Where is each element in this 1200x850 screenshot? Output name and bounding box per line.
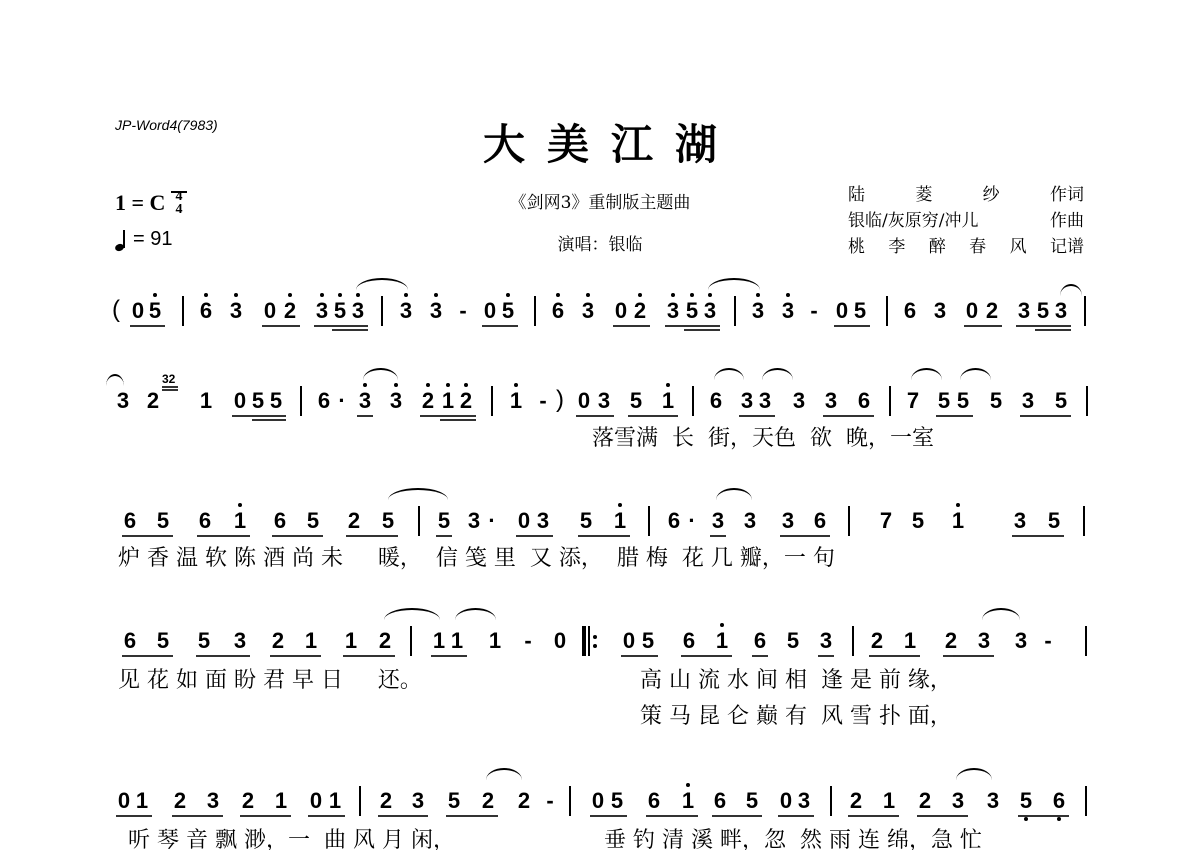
barline (1083, 506, 1085, 536)
underline-beam (848, 815, 899, 817)
note: 2 (346, 510, 362, 532)
slur (911, 368, 942, 380)
note: 0 (482, 300, 498, 322)
paren-close: ) (556, 386, 564, 414)
lyric-line: 听 琴 音 飘 渺，一 曲 风 月 闲， (128, 830, 455, 850)
note: 2 (240, 790, 256, 812)
slur (486, 768, 522, 780)
note: 5 (852, 300, 868, 322)
underline-beam (752, 655, 768, 657)
note: 3 (410, 790, 426, 812)
note: 2 (420, 390, 436, 412)
note: 0 (308, 790, 324, 812)
composer-credit: 银临/灰原穷/冲儿作曲 (848, 208, 1084, 234)
barline (534, 296, 536, 326)
note: 0 (834, 300, 850, 322)
note: 1 (902, 630, 918, 652)
note: 5 (380, 510, 396, 532)
note: 3 (1053, 300, 1069, 322)
note: 0 (516, 510, 532, 532)
note: 6 (122, 510, 138, 532)
note: 1 (134, 790, 150, 812)
extension-dash: - (1040, 630, 1056, 652)
underline-beam (823, 415, 874, 417)
underline-beam (332, 329, 368, 331)
barline (852, 626, 854, 656)
underline-beam (270, 655, 321, 657)
note: 3 (742, 510, 758, 532)
note: 1 (327, 790, 343, 812)
note: 1 (950, 510, 966, 532)
underline-beam (710, 535, 726, 537)
note: 1 (680, 790, 696, 812)
barline (1085, 786, 1087, 816)
note: 1 (881, 790, 897, 812)
note: 2 (378, 790, 394, 812)
underline-beam (917, 815, 968, 817)
barline (491, 386, 493, 416)
note: 3 (823, 390, 839, 412)
note: 3 (388, 390, 404, 412)
note: 5 (640, 630, 656, 652)
note: 1 (660, 390, 676, 412)
note: 0 (130, 300, 146, 322)
note: 0 (232, 390, 248, 412)
note: 2 (377, 630, 393, 652)
note: 5 (500, 300, 516, 322)
song-title: 大美江湖 (0, 112, 1200, 172)
note: 1 (449, 630, 465, 652)
note: 5 (988, 390, 1004, 412)
underline-beam (1035, 329, 1071, 331)
underline-beam (516, 535, 553, 537)
note: 3 (976, 630, 992, 652)
credits-block: 陆菱纱作词 银临/灰原穷/冲儿作曲 桃李醉春风记谱 (848, 182, 1084, 260)
note: 1 (508, 390, 524, 412)
note: 3 (398, 300, 414, 322)
note: 5 (436, 510, 452, 532)
note: 5 (684, 300, 700, 322)
note: 2 (145, 390, 161, 412)
note: 5 (1046, 510, 1062, 532)
slur (956, 768, 992, 780)
note: 5 (147, 300, 163, 322)
underline-beam (739, 415, 775, 417)
slur (384, 608, 440, 620)
barline (1086, 386, 1088, 416)
extension-dash: - (520, 630, 536, 652)
transcriber-credit: 桃李醉春风记谱 (848, 234, 1084, 260)
note: 6 (198, 300, 214, 322)
note: 0 (576, 390, 592, 412)
note: 6 (812, 510, 828, 532)
note: 3 (232, 630, 248, 652)
note: 1 (303, 630, 319, 652)
note: 3 (357, 390, 373, 412)
note: 2 (984, 300, 1000, 322)
barline (848, 506, 850, 536)
underline-beam (576, 415, 614, 417)
note: 3 (665, 300, 681, 322)
barline (410, 626, 412, 656)
slur (716, 488, 752, 500)
underline-beam (943, 655, 994, 657)
underline-beam (252, 419, 286, 421)
note: 3 (228, 300, 244, 322)
note: 5 (155, 510, 171, 532)
slur (1060, 284, 1082, 296)
underline-beam (684, 329, 720, 331)
note: 3 (350, 300, 366, 322)
underline-beam (778, 815, 814, 817)
note: 6 (197, 510, 213, 532)
note: 6 (316, 390, 332, 412)
note: 3 (702, 300, 718, 322)
note: 3 (115, 390, 131, 412)
note: 5 (155, 630, 171, 652)
underline-beam (378, 815, 428, 817)
note: 5 (628, 390, 644, 412)
note: 1 (487, 630, 503, 652)
note: 6 (856, 390, 872, 412)
note: 6 (681, 630, 697, 652)
slur (388, 488, 448, 500)
note: 3 (314, 300, 330, 322)
barline (734, 296, 736, 326)
grace-notes: 32 (162, 372, 175, 386)
tempo-marking: = 91 (115, 228, 172, 251)
barline (886, 296, 888, 326)
underline-beam (308, 815, 345, 817)
slur (455, 608, 496, 620)
underline-beam (420, 415, 476, 417)
note: 6 (272, 510, 288, 532)
note: 3 (1020, 390, 1036, 412)
note: 7 (878, 510, 894, 532)
underline-beam (681, 655, 732, 657)
note: 0 (552, 630, 568, 652)
note: 0 (621, 630, 637, 652)
underline-beam (578, 535, 630, 537)
slur (982, 608, 1020, 620)
underline-beam (628, 415, 678, 417)
note: 2 (480, 790, 496, 812)
underline-beam (1018, 815, 1069, 817)
note: 3 (757, 390, 773, 412)
underline-beam (122, 655, 173, 657)
note: 6 (902, 300, 918, 322)
note: 0 (116, 790, 132, 812)
underline-beam (346, 535, 398, 537)
underline-beam (122, 535, 173, 537)
note: 0 (613, 300, 629, 322)
underline-beam (357, 415, 373, 417)
note: 5 (609, 790, 625, 812)
dot: · (684, 510, 700, 532)
note: 7 (905, 390, 921, 412)
note: 0 (590, 790, 606, 812)
note: 2 (943, 630, 959, 652)
underline-beam (116, 815, 152, 817)
note: 3 (750, 300, 766, 322)
lyric-line: 垂 钓 清 溪 畔，忽 然 雨 连 绵，急 忙 (604, 830, 982, 850)
note: 3 (780, 510, 796, 532)
paren-open: ( (112, 296, 120, 324)
underline-beam (240, 815, 291, 817)
note: 6 (712, 790, 728, 812)
slur (960, 368, 991, 380)
barline (569, 786, 571, 816)
lyric-line: 见 花 如 面 盼 君 早 日 还。 (118, 670, 422, 692)
note: 5 (744, 790, 760, 812)
note: 1 (343, 630, 359, 652)
note: 2 (172, 790, 188, 812)
note: 5 (936, 390, 952, 412)
note: 1 (714, 630, 730, 652)
note: 1 (431, 630, 447, 652)
barline (830, 786, 832, 816)
key-label: 1 = C (115, 190, 165, 216)
dot: · (334, 390, 350, 412)
quarter-note-icon (115, 229, 129, 251)
barline (648, 506, 650, 536)
note: 3 (932, 300, 948, 322)
lyricist-credit: 陆菱纱作词 (848, 182, 1084, 208)
underline-beam (314, 325, 368, 327)
note: 6 (122, 630, 138, 652)
barline (182, 296, 184, 326)
note: 1 (198, 390, 214, 412)
underline-beam (964, 325, 1002, 327)
underline-beam (590, 815, 627, 817)
note: 6 (550, 300, 566, 322)
note: 5 (196, 630, 212, 652)
note: 5 (785, 630, 801, 652)
note: 1 (273, 790, 289, 812)
time-signature: 4 4 (175, 190, 182, 216)
note: 6 (752, 630, 768, 652)
barline (692, 386, 694, 416)
note: 5 (955, 390, 971, 412)
note: 1 (612, 510, 628, 532)
note: 0 (778, 790, 794, 812)
note: 6 (708, 390, 724, 412)
barline (889, 386, 891, 416)
underline-beam (262, 325, 300, 327)
dot: · (484, 510, 500, 532)
key-signature: 1 = C 4 4 (115, 190, 182, 216)
note: 5 (305, 510, 321, 532)
slur (356, 278, 408, 290)
underline-beam (621, 655, 658, 657)
tempo-value: = 91 (133, 228, 172, 251)
note: 3 (950, 790, 966, 812)
note: 3 (818, 630, 834, 652)
underline-beam (936, 415, 973, 417)
underline-beam (162, 389, 178, 391)
note: 5 (910, 510, 926, 532)
note: 5 (578, 510, 594, 532)
note: 0 (262, 300, 278, 322)
note: 5 (1053, 390, 1069, 412)
note: 3 (791, 390, 807, 412)
extension-dash: - (806, 300, 822, 322)
extension-dash: - (542, 790, 558, 812)
note: 1 (440, 390, 456, 412)
note: 6 (1051, 790, 1067, 812)
slur (363, 368, 398, 380)
underline-beam (869, 655, 920, 657)
underline-beam (1020, 415, 1071, 417)
barline (300, 386, 302, 416)
note: 3 (739, 390, 755, 412)
barline (1084, 296, 1086, 326)
underline-beam (834, 325, 870, 327)
note: 5 (1035, 300, 1051, 322)
lyric-line: 高 山 流 水 间 相 逢 是 前 缘， (640, 670, 952, 692)
note: 0 (964, 300, 980, 322)
note: 3 (205, 790, 221, 812)
note: 3 (535, 510, 551, 532)
underline-beam (780, 535, 830, 537)
underline-beam (446, 815, 498, 817)
extension-dash: - (535, 390, 551, 412)
note: 3 (796, 790, 812, 812)
note: 5 (446, 790, 462, 812)
note: 2 (516, 790, 532, 812)
underline-beam (1012, 535, 1064, 537)
note: 2 (848, 790, 864, 812)
underline-beam (172, 815, 223, 817)
slur (762, 368, 793, 380)
lyric-line: 落雪满 长 街，天色 欲 晚，一室 (592, 428, 934, 450)
underline-beam (232, 415, 286, 417)
underline-beam (665, 325, 720, 327)
underline-beam (712, 815, 762, 817)
underline-beam (440, 419, 476, 421)
underline-beam (130, 325, 165, 327)
lyric-line: 炉 香 温 软 陈 酒 尚 未 暖， 信 笺 里 又 添， 腊 梅 花 几 瓣，… (118, 548, 835, 570)
note: 3 (428, 300, 444, 322)
note: 5 (332, 300, 348, 322)
underline-beam (162, 386, 178, 388)
note: 2 (632, 300, 648, 322)
note: 3 (710, 510, 726, 532)
note: 1 (232, 510, 248, 532)
note: 5 (1018, 790, 1034, 812)
barline (418, 506, 420, 536)
lyric-line: 策 马 昆 仑 巅 有 风 雪 扑 面， (640, 706, 952, 728)
note: 3 (780, 300, 796, 322)
underline-beam (646, 815, 698, 817)
note: 6 (646, 790, 662, 812)
note: 2 (282, 300, 298, 322)
underline-beam (197, 535, 250, 537)
underline-beam (436, 535, 452, 537)
note: 2 (458, 390, 474, 412)
note: 2 (270, 630, 286, 652)
note: 3 (985, 790, 1001, 812)
note: 3 (1012, 510, 1028, 532)
note: 6 (666, 510, 682, 532)
underline-beam (343, 655, 395, 657)
note: 3 (1016, 300, 1032, 322)
note: 3 (466, 510, 482, 532)
note: 3 (596, 390, 612, 412)
barline (381, 296, 383, 326)
underline-beam (272, 535, 323, 537)
slur (708, 278, 760, 290)
underline-beam (818, 655, 834, 657)
underline-beam (613, 325, 650, 327)
note: 2 (869, 630, 885, 652)
barline (359, 786, 361, 816)
barline (1085, 626, 1087, 656)
slur (714, 368, 744, 380)
note: 3 (1013, 630, 1029, 652)
underline-beam (482, 325, 518, 327)
note: 5 (250, 390, 266, 412)
note: 3 (580, 300, 596, 322)
extension-dash: - (455, 300, 471, 322)
underline-beam (196, 655, 250, 657)
note: 2 (917, 790, 933, 812)
underline-beam (431, 655, 467, 657)
slur (106, 374, 124, 386)
note: 5 (268, 390, 284, 412)
underline-beam (1016, 325, 1071, 327)
